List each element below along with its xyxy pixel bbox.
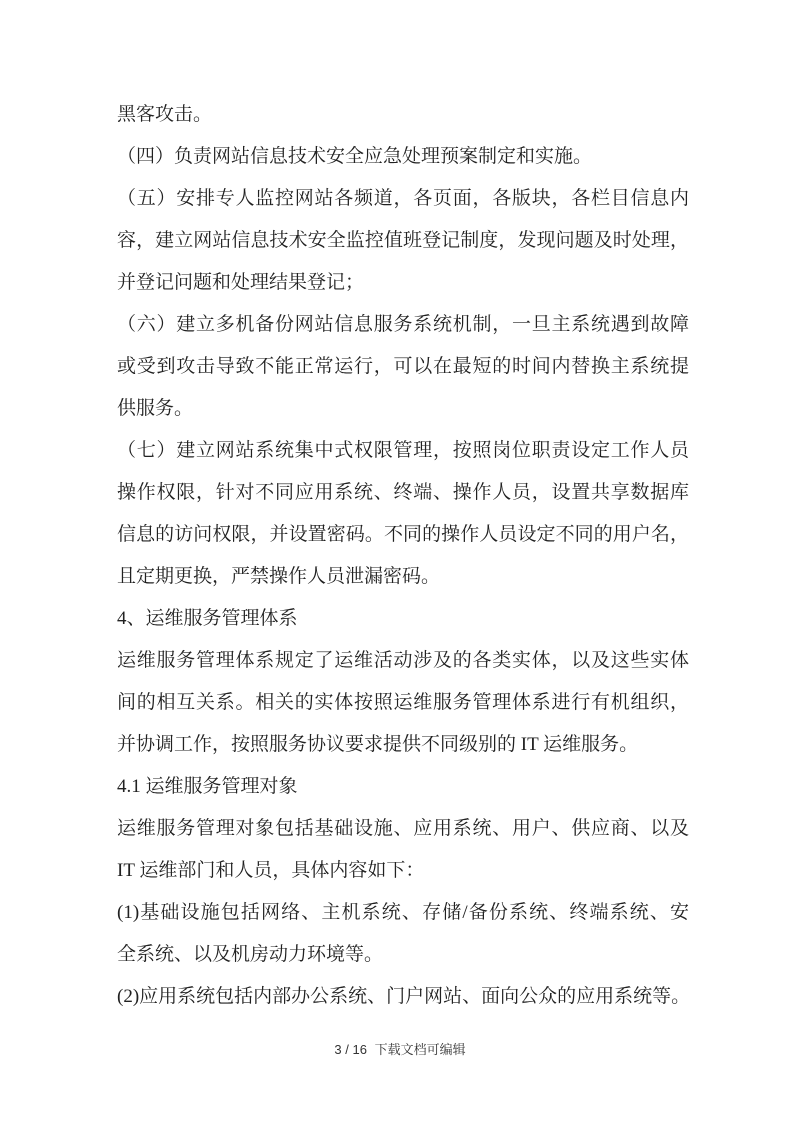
document-page: 黑客攻击。（四）负责网站信息技术安全应急处理预案制定和实施。（五）安排专人监控网…	[0, 0, 800, 1132]
page-number-indicator: 3 / 16	[332, 1042, 369, 1057]
text-line: （七）建立网站系统集中式权限管理，按照岗位职责设定工作人员	[117, 430, 689, 472]
text-line: 运维服务管理体系规定了运维活动涉及的各类实体，以及这些实体	[117, 640, 689, 682]
text-line: IT 运维部门和人员，具体内容如下：	[117, 850, 689, 892]
text-line: (2)应用系统包括内部办公系统、门户网站、面向公众的应用系统等。	[117, 976, 689, 1018]
text-line: 且定期更换，严禁操作人员泄漏密码。	[117, 556, 689, 598]
text-line: 操作权限，针对不同应用系统、终端、操作人员，设置共享数据库	[117, 472, 689, 514]
page-footer: 3 / 16 下载文档可编辑	[0, 1042, 800, 1058]
footer-note: 下载文档可编辑	[373, 1042, 468, 1057]
text-line: 信息的访问权限，并设置密码。不同的操作人员设定不同的用户名，	[117, 514, 689, 556]
text-line: 供服务。	[117, 388, 689, 430]
text-line: 容，建立网站信息技术安全监控值班登记制度，发现问题及时处理，	[117, 220, 689, 262]
text-line: 并协调工作，按照服务协议要求提供不同级别的 IT 运维服务。	[117, 724, 689, 766]
text-line: (1)基础设施包括网络、主机系统、存储/备份系统、终端系统、安	[117, 892, 689, 934]
text-line: （六）建立多机备份网站信息服务系统机制，一旦主系统遇到故障	[117, 304, 689, 346]
text-line: 或受到攻击导致不能正常运行，可以在最短的时间内替换主系统提	[117, 346, 689, 388]
text-line: 4.1 运维服务管理对象	[117, 766, 689, 808]
document-body: 黑客攻击。（四）负责网站信息技术安全应急处理预案制定和实施。（五）安排专人监控网…	[117, 94, 689, 1018]
text-line: 黑客攻击。	[117, 94, 689, 136]
text-line: 间的相互关系。相关的实体按照运维服务管理体系进行有机组织，	[117, 682, 689, 724]
text-line: 4、运维服务管理体系	[117, 598, 689, 640]
text-line: 并登记问题和处理结果登记；	[117, 262, 689, 304]
text-line: 运维服务管理对象包括基础设施、应用系统、用户、供应商、以及	[117, 808, 689, 850]
text-line: 全系统、以及机房动力环境等。	[117, 934, 689, 976]
text-line: （四）负责网站信息技术安全应急处理预案制定和实施。	[117, 136, 689, 178]
text-line: （五）安排专人监控网站各频道，各页面，各版块，各栏目信息内	[117, 178, 689, 220]
